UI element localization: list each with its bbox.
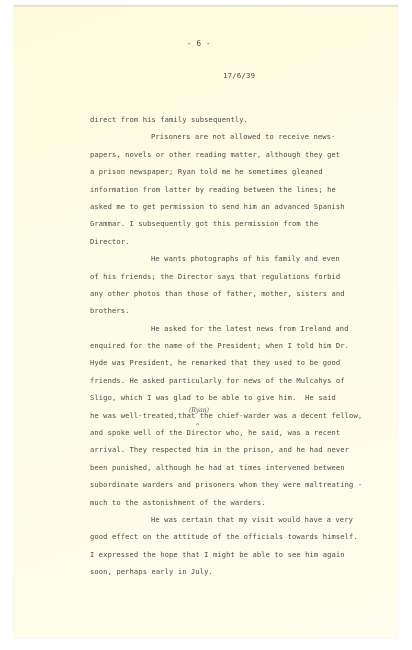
text-line: subordinate warders and prisoners whom t… — [90, 480, 362, 497]
text-line: papers, novels or other reading matter, … — [90, 150, 362, 167]
page-number: - 6 - — [187, 40, 211, 48]
text-line: friends. He asked particularly for news … — [90, 376, 362, 393]
text-line: enquired for the name of the President; … — [90, 341, 362, 358]
text-line: Prisoners are not allowed to receive new… — [90, 132, 362, 149]
text-line: and spoke well of the Director who, he s… — [90, 428, 362, 445]
document-body: direct from his family subsequently. Pri… — [90, 115, 362, 585]
text-line: Grammar. I subsequently got this permiss… — [90, 219, 362, 236]
text-line: of his friends; the Director says that r… — [90, 272, 362, 289]
text-line: asked me to get permission to send him a… — [90, 202, 362, 219]
text-line: soon, perhaps early in July. — [90, 567, 362, 584]
text-line: good effect on the attitude of the offic… — [90, 532, 362, 549]
text-line: He asked for the latest news from Irelan… — [90, 324, 362, 341]
handwritten-annotation: (Ryan) — [189, 407, 209, 414]
text-line: I expressed the hope that I might be abl… — [90, 550, 362, 567]
text-line: He wants photographs of his family and e… — [90, 254, 362, 271]
text-line: any other photos than those of father, m… — [90, 289, 362, 306]
text-line: arrival. They respected him in the priso… — [90, 445, 362, 462]
document-date: 17/6/39 — [223, 72, 255, 79]
text-line: a prison newspaper; Ryan told me he some… — [90, 167, 362, 184]
text-line: he was well-treated,that the chief-warde… — [90, 411, 362, 428]
document-page: - 6 - 17/6/39 direct from his family sub… — [14, 5, 398, 638]
text-line: He was certain that my visit would have … — [90, 515, 362, 532]
text-line: brothers. — [90, 306, 362, 323]
page-edge — [14, 5, 398, 7]
text-line: been punished, although he had at times … — [90, 463, 362, 480]
insertion-caret: ^ — [195, 423, 200, 430]
text-line: Hyde was President, he remarked that the… — [90, 358, 362, 375]
text-line: direct from his family subsequently. — [90, 115, 362, 132]
text-line: Director. — [90, 237, 362, 254]
text-line: much to the astonishment of the warders. — [90, 498, 362, 515]
text-line: information from latter by reading betwe… — [90, 185, 362, 202]
text-line: Sligo, which I was glad to be able to gi… — [90, 393, 362, 410]
